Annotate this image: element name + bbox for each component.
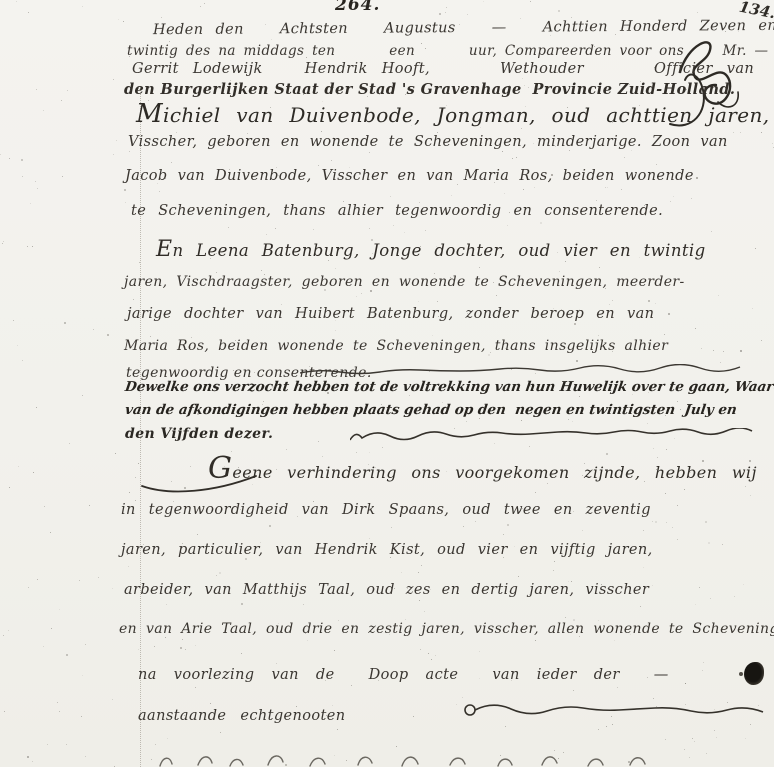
speck xyxy=(313,229,314,230)
speck xyxy=(155,744,156,745)
speck xyxy=(479,651,480,652)
speck xyxy=(0,154,1,155)
speck xyxy=(677,539,678,540)
speck xyxy=(685,683,686,684)
speck xyxy=(522,78,523,79)
speck xyxy=(159,191,160,192)
speck xyxy=(351,685,352,686)
filler-wavy-line-3 xyxy=(462,698,774,720)
speck xyxy=(61,100,62,101)
speck xyxy=(666,449,667,450)
speck xyxy=(432,335,433,336)
ink-blot-satellite xyxy=(739,672,743,676)
speck xyxy=(752,308,753,309)
speck xyxy=(9,158,10,159)
speck xyxy=(582,530,583,531)
speck xyxy=(50,532,51,533)
speck xyxy=(745,486,746,487)
speck xyxy=(518,576,519,577)
speck xyxy=(318,441,319,442)
speck xyxy=(81,716,82,717)
speck xyxy=(266,234,267,235)
speck xyxy=(740,350,742,352)
speck xyxy=(568,419,569,420)
speck xyxy=(421,565,422,566)
line-marriage-request: Dewelke ons verzocht hebben tot de voltr… xyxy=(124,380,774,395)
speck xyxy=(98,577,99,578)
speck xyxy=(17,345,18,346)
speck xyxy=(605,187,606,188)
speck xyxy=(424,611,425,612)
line-no-impediment: Geene verhindering ons voorgekomen zijnd… xyxy=(208,452,757,485)
speck xyxy=(43,646,44,647)
speck xyxy=(534,187,535,188)
speck xyxy=(666,522,667,523)
ink-blot xyxy=(744,662,764,685)
speck xyxy=(697,12,698,13)
speck xyxy=(151,759,152,760)
speck xyxy=(166,604,167,605)
speck xyxy=(419,600,420,601)
speck xyxy=(401,572,402,573)
speck xyxy=(435,655,436,656)
speck xyxy=(93,329,94,330)
speck xyxy=(670,201,671,202)
speck xyxy=(3,241,4,242)
speck xyxy=(535,373,536,374)
speck xyxy=(483,1,484,2)
speck xyxy=(665,493,666,494)
speck xyxy=(708,542,710,544)
speck xyxy=(428,653,429,654)
speck xyxy=(296,706,297,707)
speck xyxy=(530,1,531,2)
speck xyxy=(451,195,452,196)
speck xyxy=(47,744,48,745)
speck xyxy=(241,603,243,605)
speck xyxy=(761,132,762,133)
speck xyxy=(456,704,457,705)
speck xyxy=(563,752,564,753)
speck xyxy=(28,12,29,13)
speck xyxy=(554,750,555,751)
speck xyxy=(439,13,441,15)
speck xyxy=(596,200,597,201)
speck xyxy=(714,709,715,710)
speck xyxy=(733,132,734,133)
speck xyxy=(535,492,536,493)
speck xyxy=(413,716,414,717)
speck xyxy=(750,495,751,496)
speck xyxy=(115,453,116,454)
line-official-name: Gerrit Lodewijk Hendrik Hooft, Wethouder… xyxy=(132,62,754,78)
speck xyxy=(456,370,458,372)
speck xyxy=(27,756,29,758)
speck xyxy=(755,248,756,249)
speck xyxy=(702,670,703,671)
speck xyxy=(195,687,196,688)
speck xyxy=(665,739,666,740)
speck xyxy=(356,296,357,297)
speck xyxy=(703,662,704,663)
speck xyxy=(321,131,322,132)
speck xyxy=(391,527,392,528)
line-groom-details: Visscher, geboren en wonende te Scheveni… xyxy=(128,135,728,151)
speck xyxy=(169,41,170,42)
speck xyxy=(624,157,625,158)
speck xyxy=(523,189,524,190)
speck xyxy=(445,12,446,13)
speck xyxy=(361,293,362,294)
speck xyxy=(598,729,599,730)
cutoff-line-fragments xyxy=(150,750,670,767)
speck xyxy=(695,328,696,329)
speck xyxy=(44,506,45,507)
line-bride-details: jaren, Vischdraagster, geboren en wonend… xyxy=(124,275,685,290)
speck xyxy=(772,143,773,144)
speck xyxy=(612,724,613,725)
speck xyxy=(8,630,9,631)
speck xyxy=(467,14,468,15)
speck xyxy=(32,246,33,247)
speck xyxy=(643,530,644,531)
speck xyxy=(37,579,38,580)
speck xyxy=(705,521,707,523)
speck xyxy=(390,196,391,197)
speck xyxy=(59,711,60,712)
speck xyxy=(129,151,130,152)
speck xyxy=(653,448,654,449)
speck xyxy=(275,228,276,229)
line-bride-mother: Maria Ros, beiden wonende te Scheveninge… xyxy=(124,339,668,354)
speck xyxy=(28,587,29,588)
speck xyxy=(82,6,83,7)
speck xyxy=(35,181,36,182)
speck xyxy=(685,704,686,705)
speck xyxy=(706,753,707,754)
speck xyxy=(13,320,14,321)
speck xyxy=(331,160,332,161)
speck xyxy=(220,732,221,733)
line-witness-3: arbeider, van Matthijs Taal, oud zes en … xyxy=(124,583,649,599)
speck xyxy=(271,757,272,758)
speck xyxy=(579,396,580,397)
speck xyxy=(334,755,335,756)
speck xyxy=(57,702,58,703)
line-bride-father: jarige dochter van Huibert Batenburg, zo… xyxy=(127,307,654,323)
speck xyxy=(343,201,344,202)
speck xyxy=(66,744,67,745)
speck xyxy=(507,524,509,526)
line-banns-end: den Vijfden dezer. xyxy=(125,427,273,442)
speck xyxy=(425,230,426,231)
speck xyxy=(261,270,262,271)
speck xyxy=(22,360,23,361)
speck xyxy=(269,525,271,527)
speck xyxy=(718,295,719,296)
speck xyxy=(713,350,714,351)
speck xyxy=(418,301,419,302)
speck xyxy=(496,295,497,296)
speck xyxy=(674,438,675,439)
speck xyxy=(612,300,613,301)
speck xyxy=(694,741,695,742)
speck xyxy=(653,698,654,699)
speck xyxy=(621,189,622,190)
speck xyxy=(36,407,37,408)
speck xyxy=(396,746,397,747)
speck xyxy=(711,231,712,232)
speck xyxy=(648,300,650,302)
speck xyxy=(529,446,530,447)
speck xyxy=(500,755,501,756)
speck xyxy=(200,6,201,7)
speck xyxy=(184,487,186,489)
speck xyxy=(303,604,304,605)
speck xyxy=(758,705,759,706)
speck xyxy=(652,521,653,522)
speck xyxy=(652,585,653,586)
speck xyxy=(85,756,86,757)
speck xyxy=(3,635,4,636)
speck xyxy=(113,79,114,80)
speck xyxy=(176,132,177,133)
speck xyxy=(21,159,23,161)
speck xyxy=(462,697,463,698)
speck xyxy=(743,584,744,585)
speck xyxy=(640,606,641,607)
speck xyxy=(182,639,183,640)
speck xyxy=(479,267,480,268)
speck xyxy=(750,724,751,725)
speck xyxy=(571,17,572,18)
speck xyxy=(606,726,607,727)
speck xyxy=(307,640,308,641)
speck xyxy=(409,395,410,396)
speck xyxy=(69,443,70,444)
speck xyxy=(116,140,117,141)
speck xyxy=(129,492,130,493)
act-number: 264. xyxy=(335,0,380,15)
speck xyxy=(337,729,338,730)
speck xyxy=(369,228,370,229)
speck xyxy=(185,649,186,650)
speck xyxy=(369,538,370,539)
speck xyxy=(540,222,542,224)
line-future-spouses: aanstaande echtgenooten xyxy=(138,709,345,725)
speck xyxy=(190,466,191,467)
speck xyxy=(723,351,724,352)
speck xyxy=(161,17,162,18)
speck xyxy=(761,340,762,341)
speck xyxy=(673,196,674,197)
speck xyxy=(27,246,28,247)
speck xyxy=(22,176,23,177)
speck xyxy=(2,243,3,244)
speck xyxy=(18,466,19,467)
speck xyxy=(502,151,503,152)
speck xyxy=(150,336,151,337)
speck xyxy=(418,572,419,573)
speck xyxy=(219,572,221,574)
speck xyxy=(216,575,217,576)
speck xyxy=(404,232,405,233)
speck xyxy=(677,505,678,506)
speck xyxy=(66,654,68,656)
speck xyxy=(59,609,60,610)
speck xyxy=(318,165,319,166)
speck xyxy=(559,271,560,272)
document-page: 264. 134. Heden den Achtsten Augustus — … xyxy=(0,0,774,767)
speck xyxy=(195,645,196,646)
speck xyxy=(617,687,618,688)
speck xyxy=(664,334,665,335)
speck xyxy=(107,334,109,336)
speck xyxy=(4,711,5,712)
speck xyxy=(695,604,696,605)
speck xyxy=(558,10,560,12)
speck xyxy=(701,348,702,349)
speck xyxy=(82,675,83,676)
speck xyxy=(684,489,685,490)
speck xyxy=(727,702,728,703)
speck xyxy=(32,761,33,762)
speck xyxy=(37,188,38,189)
speck xyxy=(67,90,68,91)
speck xyxy=(655,303,656,304)
speck xyxy=(573,690,574,691)
speck xyxy=(138,649,139,650)
speck xyxy=(197,534,198,535)
line-time-comparution: twintig des na middags ten een uur, Comp… xyxy=(127,44,768,59)
speck xyxy=(332,705,333,706)
speck xyxy=(241,653,242,654)
speck xyxy=(684,749,685,750)
speck xyxy=(614,640,615,641)
speck xyxy=(511,369,512,370)
speck xyxy=(346,760,347,761)
speck xyxy=(118,19,119,20)
speck xyxy=(393,225,394,226)
line-witness-1: in tegenwoordigheid van Dirk Spaans, oud… xyxy=(121,503,651,519)
speck xyxy=(51,628,52,629)
speck xyxy=(204,3,205,4)
speck xyxy=(112,699,113,700)
speck xyxy=(479,418,480,419)
speck xyxy=(437,301,438,302)
speck xyxy=(521,420,522,421)
line-date-opening: Heden den Achtsten Augustus — Achttien H… xyxy=(153,19,774,39)
speck xyxy=(431,659,432,660)
speck xyxy=(33,472,34,473)
speck xyxy=(128,566,129,567)
line-baptism-reading: na voorlezing van de Doop acte van ieder… xyxy=(138,668,669,684)
speck xyxy=(692,738,693,739)
speck xyxy=(446,7,447,8)
speck xyxy=(334,650,335,651)
speck xyxy=(535,640,536,641)
speck xyxy=(281,304,282,305)
speck xyxy=(180,647,182,649)
speck xyxy=(505,726,506,727)
speck xyxy=(216,272,217,273)
speck xyxy=(565,617,566,618)
line-official-title: den Burgerlijken Staat der Stad 's Grave… xyxy=(124,82,735,98)
speck xyxy=(714,730,715,731)
speck xyxy=(494,443,495,444)
speck xyxy=(79,580,80,581)
speck xyxy=(598,335,599,336)
speck xyxy=(369,152,370,153)
speck xyxy=(9,487,10,488)
speck xyxy=(113,154,114,155)
speck xyxy=(285,764,287,766)
speck xyxy=(171,162,172,163)
speck xyxy=(154,646,155,647)
speck xyxy=(656,164,657,165)
line-groom-intro: Michiel van Duivenbode, Jongman, oud ach… xyxy=(136,100,770,129)
speck xyxy=(655,521,657,523)
speck xyxy=(716,737,717,738)
speck xyxy=(609,304,610,305)
line-witness-2: jaren, particulier, van Hendrik Kist, ou… xyxy=(121,543,653,559)
speck xyxy=(125,202,126,203)
speck xyxy=(689,757,690,758)
speck xyxy=(516,157,517,158)
speck xyxy=(668,313,670,315)
speck xyxy=(123,21,124,22)
speck xyxy=(647,423,648,424)
speck xyxy=(228,227,229,228)
speck xyxy=(553,570,554,571)
speck xyxy=(574,323,576,325)
speck xyxy=(463,526,464,527)
speck xyxy=(656,706,657,707)
speck xyxy=(382,447,383,448)
line-banns-dates: van de afkondigingen hebben plaats gehad… xyxy=(124,403,738,418)
speck xyxy=(599,267,600,268)
speck xyxy=(36,89,37,90)
speck xyxy=(437,132,438,133)
speck xyxy=(335,330,336,331)
speck xyxy=(576,360,578,362)
speck xyxy=(699,587,700,588)
speck xyxy=(286,449,287,450)
speck xyxy=(554,561,555,562)
speck xyxy=(734,596,735,597)
speck xyxy=(454,428,455,429)
speck xyxy=(135,500,136,501)
line-witness-4: en van Arie Taal, oud drie en zestig jar… xyxy=(119,622,774,637)
speck xyxy=(30,203,31,204)
speck xyxy=(607,187,608,188)
speck xyxy=(85,644,86,645)
line-groom-consent: te Scheveningen, thans alhier tegenwoord… xyxy=(131,204,663,220)
speck xyxy=(507,225,508,226)
speck xyxy=(89,505,90,506)
speck xyxy=(271,39,272,40)
speck xyxy=(611,716,612,717)
speck xyxy=(643,567,644,568)
speck xyxy=(475,521,476,522)
speck xyxy=(720,362,721,363)
speck xyxy=(685,683,686,684)
speck xyxy=(429,371,430,372)
speck xyxy=(504,193,505,194)
speck xyxy=(16,1,17,2)
speck xyxy=(558,758,559,759)
speck xyxy=(276,663,277,664)
